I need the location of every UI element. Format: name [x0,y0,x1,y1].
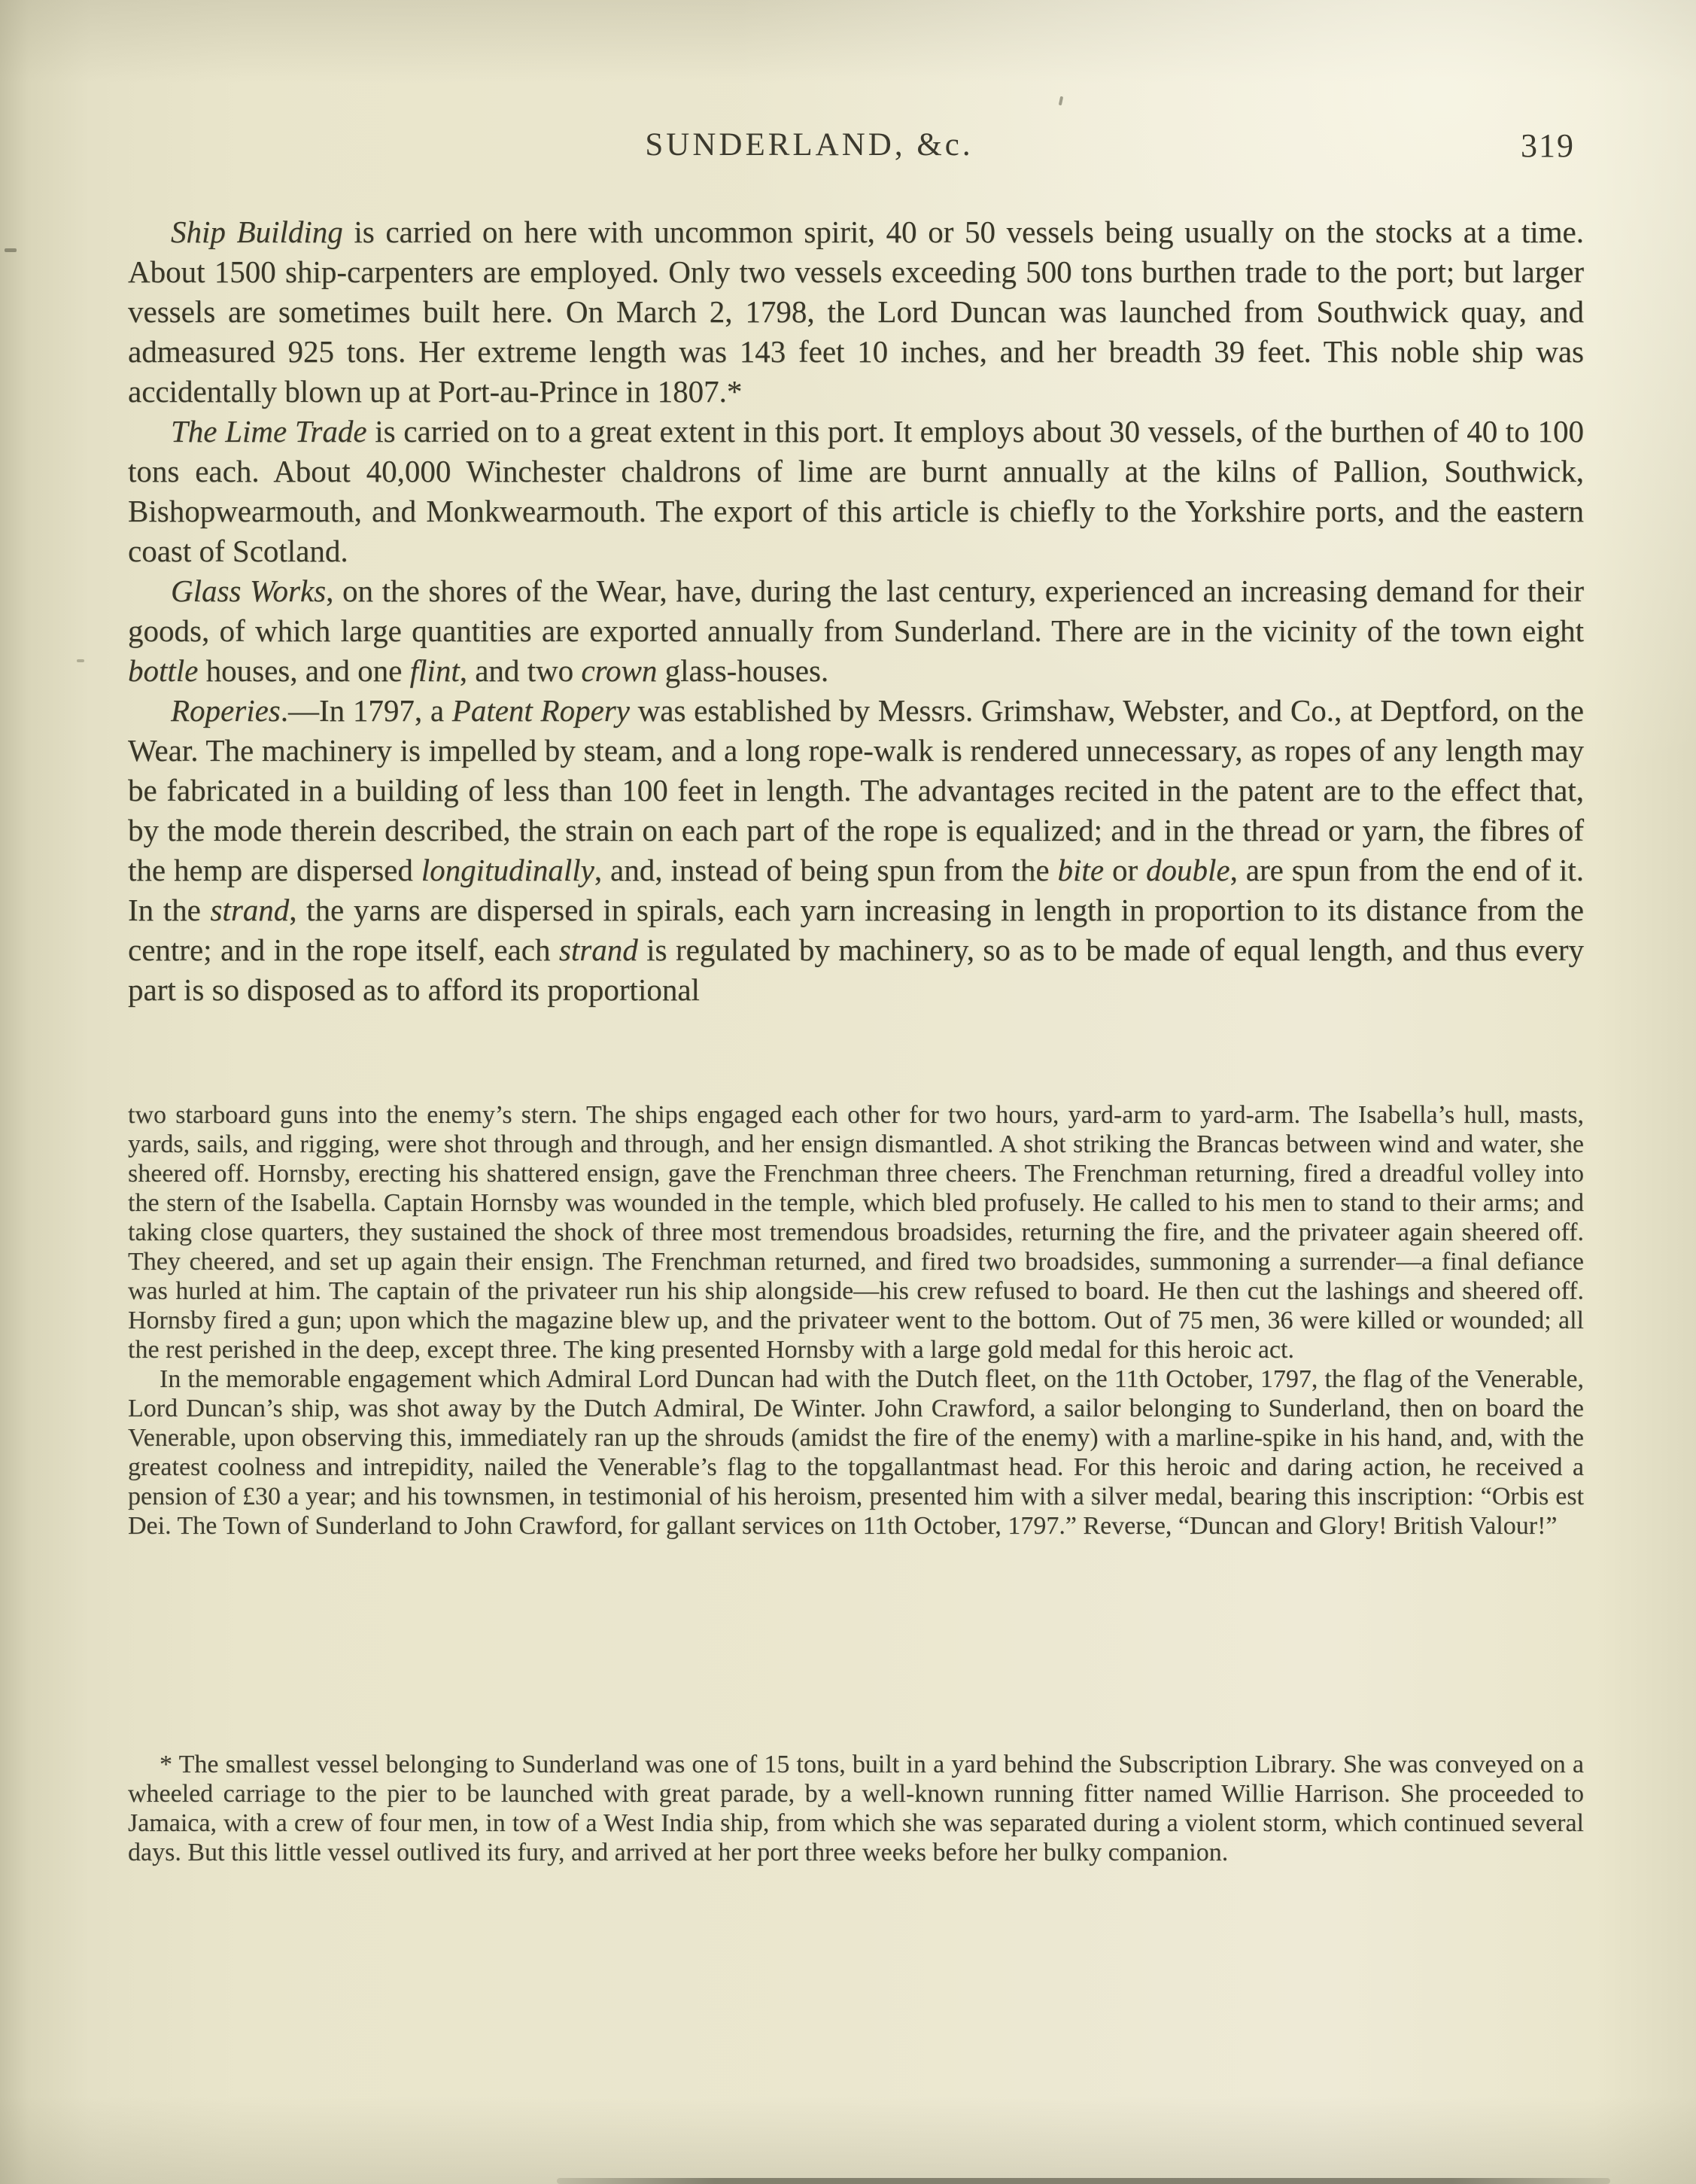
italic-text-run: double [1146,853,1230,887]
book-page: SUNDERLAND, &c. 319 Ship Building is car… [0,0,1696,2184]
paragraph-lime-trade: The Lime Trade is carried on to a great … [128,412,1584,571]
italic-text-run: strand [210,893,289,927]
paragraph-ship-building: Ship Building is carried on here with un… [128,212,1584,412]
asterisk-footnote-block: * The smallest vessel belonging to Sunde… [128,1750,1584,1867]
italic-text-run: bite [1058,853,1104,887]
text-run: , and, instead of being spun from the [594,853,1058,887]
italic-text-run: flint [410,653,460,688]
text-run: is carried on here with uncommon spirit,… [128,214,1584,409]
text-run: * The smallest vessel belonging to Sunde… [128,1751,1584,1866]
italic-text-run: Glass Works [171,573,326,608]
paragraph-glass-works: Glass Works, on the shores of the Wear, … [128,571,1584,691]
main-text-block: Ship Building is carried on here with un… [128,212,1584,1010]
text-run: glass-houses. [657,653,828,688]
italic-text-run: Patent Ropery [452,693,630,728]
text-run: two starboard guns into the enemy’s ster… [128,1101,1584,1364]
italic-text-run: crown [581,653,657,688]
italic-text-run: Ship Building [171,214,343,249]
paragraph-roperies: Roperies.—In 1797, a Patent Ropery was e… [128,691,1584,1010]
text-run: houses, and one [198,653,409,688]
page-number: 319 [1521,126,1575,165]
paper-speck [5,248,17,252]
text-run: In the memorable engagement which Admira… [128,1365,1584,1540]
paper-speck [77,659,84,662]
italic-text-run: longitudinally [421,853,594,887]
italic-text-run: Roperies [171,693,281,728]
italic-text-run: strand [559,932,638,967]
footnote-john-crawford: In the memorable engagement which Admira… [128,1364,1584,1541]
footnote-privateer-engagement: two starboard guns into the enemy’s ster… [128,1100,1584,1364]
scan-edge-artifact [557,2178,1610,2184]
footnote-continuation-block: two starboard guns into the enemy’s ster… [128,1100,1584,1541]
text-run: .—In 1797, a [281,693,452,728]
italic-text-run: The Lime Trade [171,414,367,449]
text-run: , on the shores of the Wear, have, durin… [128,573,1584,648]
page-header: SUNDERLAND, &c. 319 [128,126,1584,172]
italic-text-run: bottle [128,653,198,688]
text-run: , and two [460,653,582,688]
text-run: or [1104,853,1146,887]
paper-speck [1059,96,1063,106]
running-head-title: SUNDERLAND, &c. [645,126,973,163]
footnote-smallest-vessel: * The smallest vessel belonging to Sunde… [128,1750,1584,1867]
